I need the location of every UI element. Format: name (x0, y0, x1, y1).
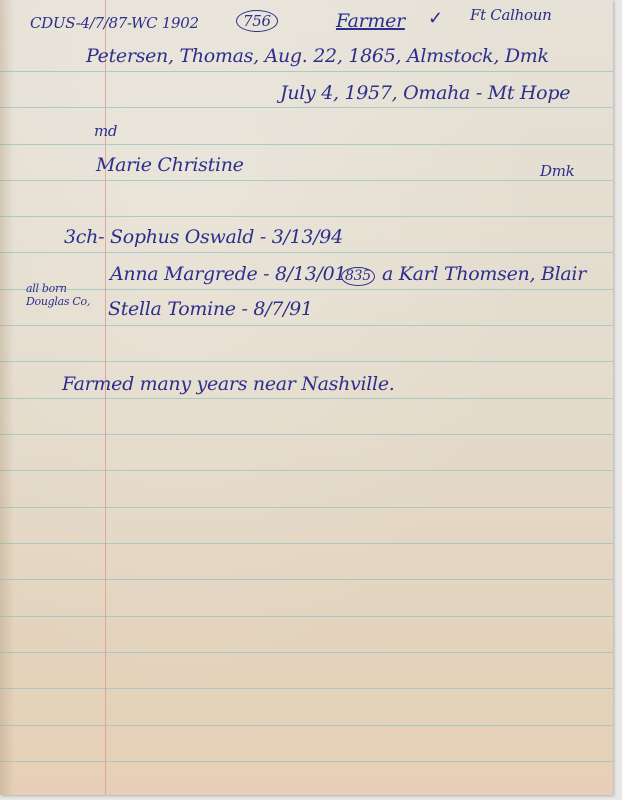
rule-line (0, 180, 613, 181)
occupation: Farmer (336, 10, 405, 32)
child-row: Stella Tomine - 8/7/91 (108, 298, 313, 320)
margin-line (105, 0, 106, 795)
rule-line (0, 616, 613, 617)
children-count: 3ch- (64, 226, 104, 248)
birthplace-note: all born Douglas Co, (26, 282, 90, 308)
circled-number: 835 (341, 267, 375, 286)
rule-line (0, 398, 613, 399)
birthplace-note-line2: Douglas Co, (26, 295, 90, 308)
circled-number: 756 (236, 10, 278, 32)
rule-line (0, 652, 613, 653)
rule-line (0, 107, 613, 108)
remarks-text: Farmed many years near Nashville. (62, 373, 395, 395)
rule-line (0, 361, 613, 362)
rule-line (0, 434, 613, 435)
rule-line (0, 325, 613, 326)
record-number-circled: 756 (236, 10, 278, 32)
ruled-paper-page: CDUS-4/7/87-WC 1902 756 Farmer ✓ Ft Calh… (0, 0, 613, 795)
rule-line (0, 579, 613, 580)
rule-line (0, 507, 613, 508)
rule-line (0, 289, 613, 290)
rule-line (0, 144, 613, 145)
census-reference: CDUS-4/7/87-WC 1902 (30, 14, 199, 32)
check-mark-icon: ✓ (428, 8, 443, 29)
rule-line (0, 761, 613, 762)
rule-line (0, 71, 613, 72)
rule-line (0, 216, 613, 217)
child-spouse-note: a Karl Thomsen, Blair (382, 263, 586, 285)
spouse-name: Marie Christine (96, 154, 244, 176)
child-row: Anna Margrede - 8/13/01 (110, 263, 346, 285)
rule-line (0, 470, 613, 471)
rule-line (0, 688, 613, 689)
child-spouse-circled-number: 835 (341, 265, 375, 286)
spouse-origin: Dmk (540, 162, 574, 180)
rule-line (0, 252, 613, 253)
rule-line (0, 543, 613, 544)
residence-place: Ft Calhoun (470, 6, 551, 24)
rule-line (0, 725, 613, 726)
child-row: Sophus Oswald - 3/13/94 (110, 226, 343, 248)
married-label: md (94, 122, 117, 140)
subject-death: July 4, 1957, Omaha - Mt Hope (280, 82, 570, 104)
birthplace-note-line1: all born (26, 282, 90, 295)
subject-name-birth: Petersen, Thomas, Aug. 22, 1865, Almstoc… (86, 45, 549, 67)
